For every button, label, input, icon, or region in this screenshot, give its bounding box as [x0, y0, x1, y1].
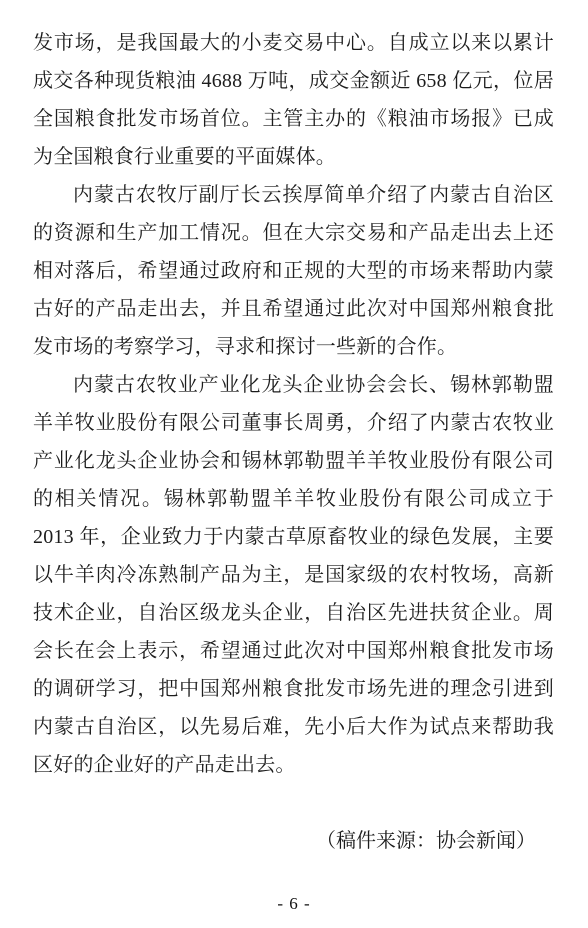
body-paragraph: 内蒙古农牧业产业化龙头企业协会会长、锡林郭勒盟羊羊牧业股份有限公司董事长周勇，介… — [33, 366, 554, 784]
body-paragraph: 内蒙古农牧厅副厅长云挨厚简单介绍了内蒙古自治区的资源和生产加工情况。但在大宗交易… — [33, 176, 554, 366]
body-paragraph-continuation: 发市场，是我国最大的小麦交易中心。自成立以来以累计成交各种现货粮油 4688 万… — [33, 24, 554, 176]
source-attribution: （稿件来源：协会新闻） — [33, 822, 554, 860]
document-body: 发市场，是我国最大的小麦交易中心。自成立以来以累计成交各种现货粮油 4688 万… — [33, 24, 554, 860]
page-number: - 6 - — [0, 893, 588, 915]
document-page: 发市场，是我国最大的小麦交易中心。自成立以来以累计成交各种现货粮油 4688 万… — [0, 0, 588, 928]
